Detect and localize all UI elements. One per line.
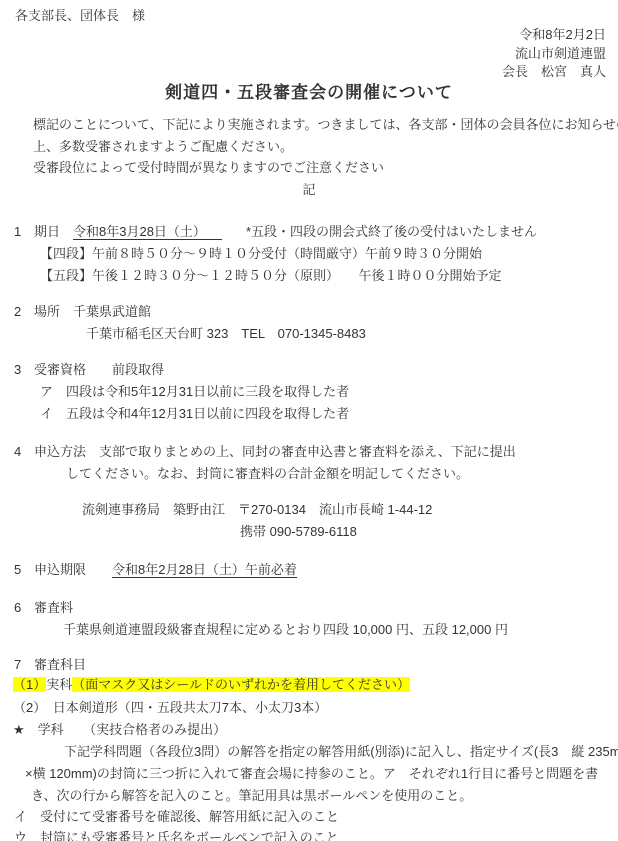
item1-exam-date: 令和8年3月28日（土） [73,224,222,240]
organization-name: 流山市剣道連盟 [515,45,606,62]
document-title: 剣道四・五段審査会の開催について [0,84,618,101]
issue-date: 令和8年2月2日 [519,26,606,43]
item6-fee-line: 6審査料 [14,599,73,616]
item2-venue: 千葉県武道館 [73,304,151,319]
item7-subjects-line: 7審査科目 [14,656,86,673]
item7-sub1-highlighted-note: （面マスク又はシールドのいずれかを着用してください） [72,677,410,692]
recipient-line: 各支部長、団体長 様 [15,7,145,24]
item7-gakka-detail-3: き、次の行から解答を記入のこと。筆記用具は黒ボールペンを使用のこと。 [31,787,472,804]
item4-office-phone: 携帯 090-5789-6118 [240,523,357,540]
item1-date-line: 1期日令和8年3月28日（土）*五段・四段の開会式終了後の受付はいたしません [14,223,537,240]
item1-yondan-schedule: 【四段】午前８時５０分～９時１０分受付（時間厳守）午前９時３０分開始 [40,245,482,262]
item5-deadline: 令和8年2月28日（土）午前必着 [112,562,297,578]
item6-label: 審査料 [34,600,73,615]
item6-number: 6 [14,599,34,616]
item7-number: 7 [14,656,34,673]
chairman-name: 会長 松宮 真人 [502,63,606,80]
item2-venue-line: 2場所千葉県武道館 [14,303,151,320]
item7-sub1-number: （1） [13,677,46,692]
document-page: 各支部長、団体長 様 令和8年2月2日 流山市剣道連盟 会長 松宮 真人 剣道四… [0,0,618,841]
item3-number: 3 [14,361,34,378]
item4-instruction-1: 支部で取りまとめの上、同封の審査申込書と審査料を添え、下記に提出 [99,444,516,459]
item1-number: 1 [14,223,34,240]
item3-condition-b: イ 五段は令和4年12月31日以前に四段を取得した者 [40,405,349,422]
item7-note-i: イ 受付にて受審番号を確認後、解答用紙に記入のこと [14,808,339,825]
item1-note: *五段・四段の開会式終了後の受付はいたしません [246,224,537,239]
item1-label: 期日 [34,224,60,239]
item4-application-line: 4申込方法支部で取りまとめの上、同封の審査申込書と審査料を添え、下記に提出 [14,443,516,460]
item2-number: 2 [14,303,34,320]
item3-condition-a: ア 四段は令和5年12月31日以前に三段を取得した者 [40,383,349,400]
item4-office-address: 流剣連事務局 築野由江 〒270-0134 流山市長崎 1-44-12 [82,501,432,518]
item1-godan-schedule: 【五段】午後１２時３０分～１２時５０分（原則） 午後１時００分開始予定 [40,267,502,284]
item7-note-u: ウ 封筒にも受審番号と氏名をボールペンで記入のこと [14,829,339,841]
item5-label: 申込期限 [34,562,86,577]
ki-marker: 記 [0,181,618,198]
item7-sub1-line: （1）実科（面マスク又はシールドのいずれかを着用してください） [13,676,410,693]
item7-sub1-label: 実科 [46,677,72,692]
item5-deadline-line: 5申込期限令和8年2月28日（土）午前必着 [14,561,297,578]
item7-gakka-detail-1: 下記学科問題（各段位3問）の解答を指定の解答用紙(別添)に記入し、指定サイズ(長… [64,743,618,760]
item3-label: 受審資格 [34,362,86,377]
item5-number: 5 [14,561,34,578]
item6-fee-detail: 千葉県剣道連盟段級審査規程に定めるとおり四段 10,000 円、五段 12,00… [63,621,508,638]
item2-label: 場所 [34,304,60,319]
intro-line-2: 上、多数受審されますようご配慮ください。 [33,138,293,155]
item4-number: 4 [14,443,34,460]
item4-label: 申込方法 [34,444,86,459]
item3-sublabel: 前段取得 [112,362,164,377]
item7-label: 審査科目 [34,657,86,672]
intro-line-3: 受審段位によって受付時間が異なりますのでご注意ください [33,159,384,176]
item7-gakka-detail-2: ×横 120mm)の封筒に三つ折に入れて審査会場に持参のこと。ア それぞれ1行目… [25,765,598,782]
item7-gakka-line: ★ 学科 （実技合格者のみ提出） [13,721,226,738]
item3-qualification-line: 3受審資格前段取得 [14,361,164,378]
item4-instruction-2: してください。なお、封筒に審査料の合計金額を明記してください。 [66,465,469,482]
intro-line-1: 標記のことについて、下記により実施されます。つきましては、各支部・団体の会員各位… [33,116,618,133]
item7-sub2-line: （2） 日本剣道形（四・五段共太刀7本、小太刀3本） [13,699,327,716]
item2-address: 千葉市稲毛区天台町 323 TEL 070-1345-8483 [86,325,366,342]
